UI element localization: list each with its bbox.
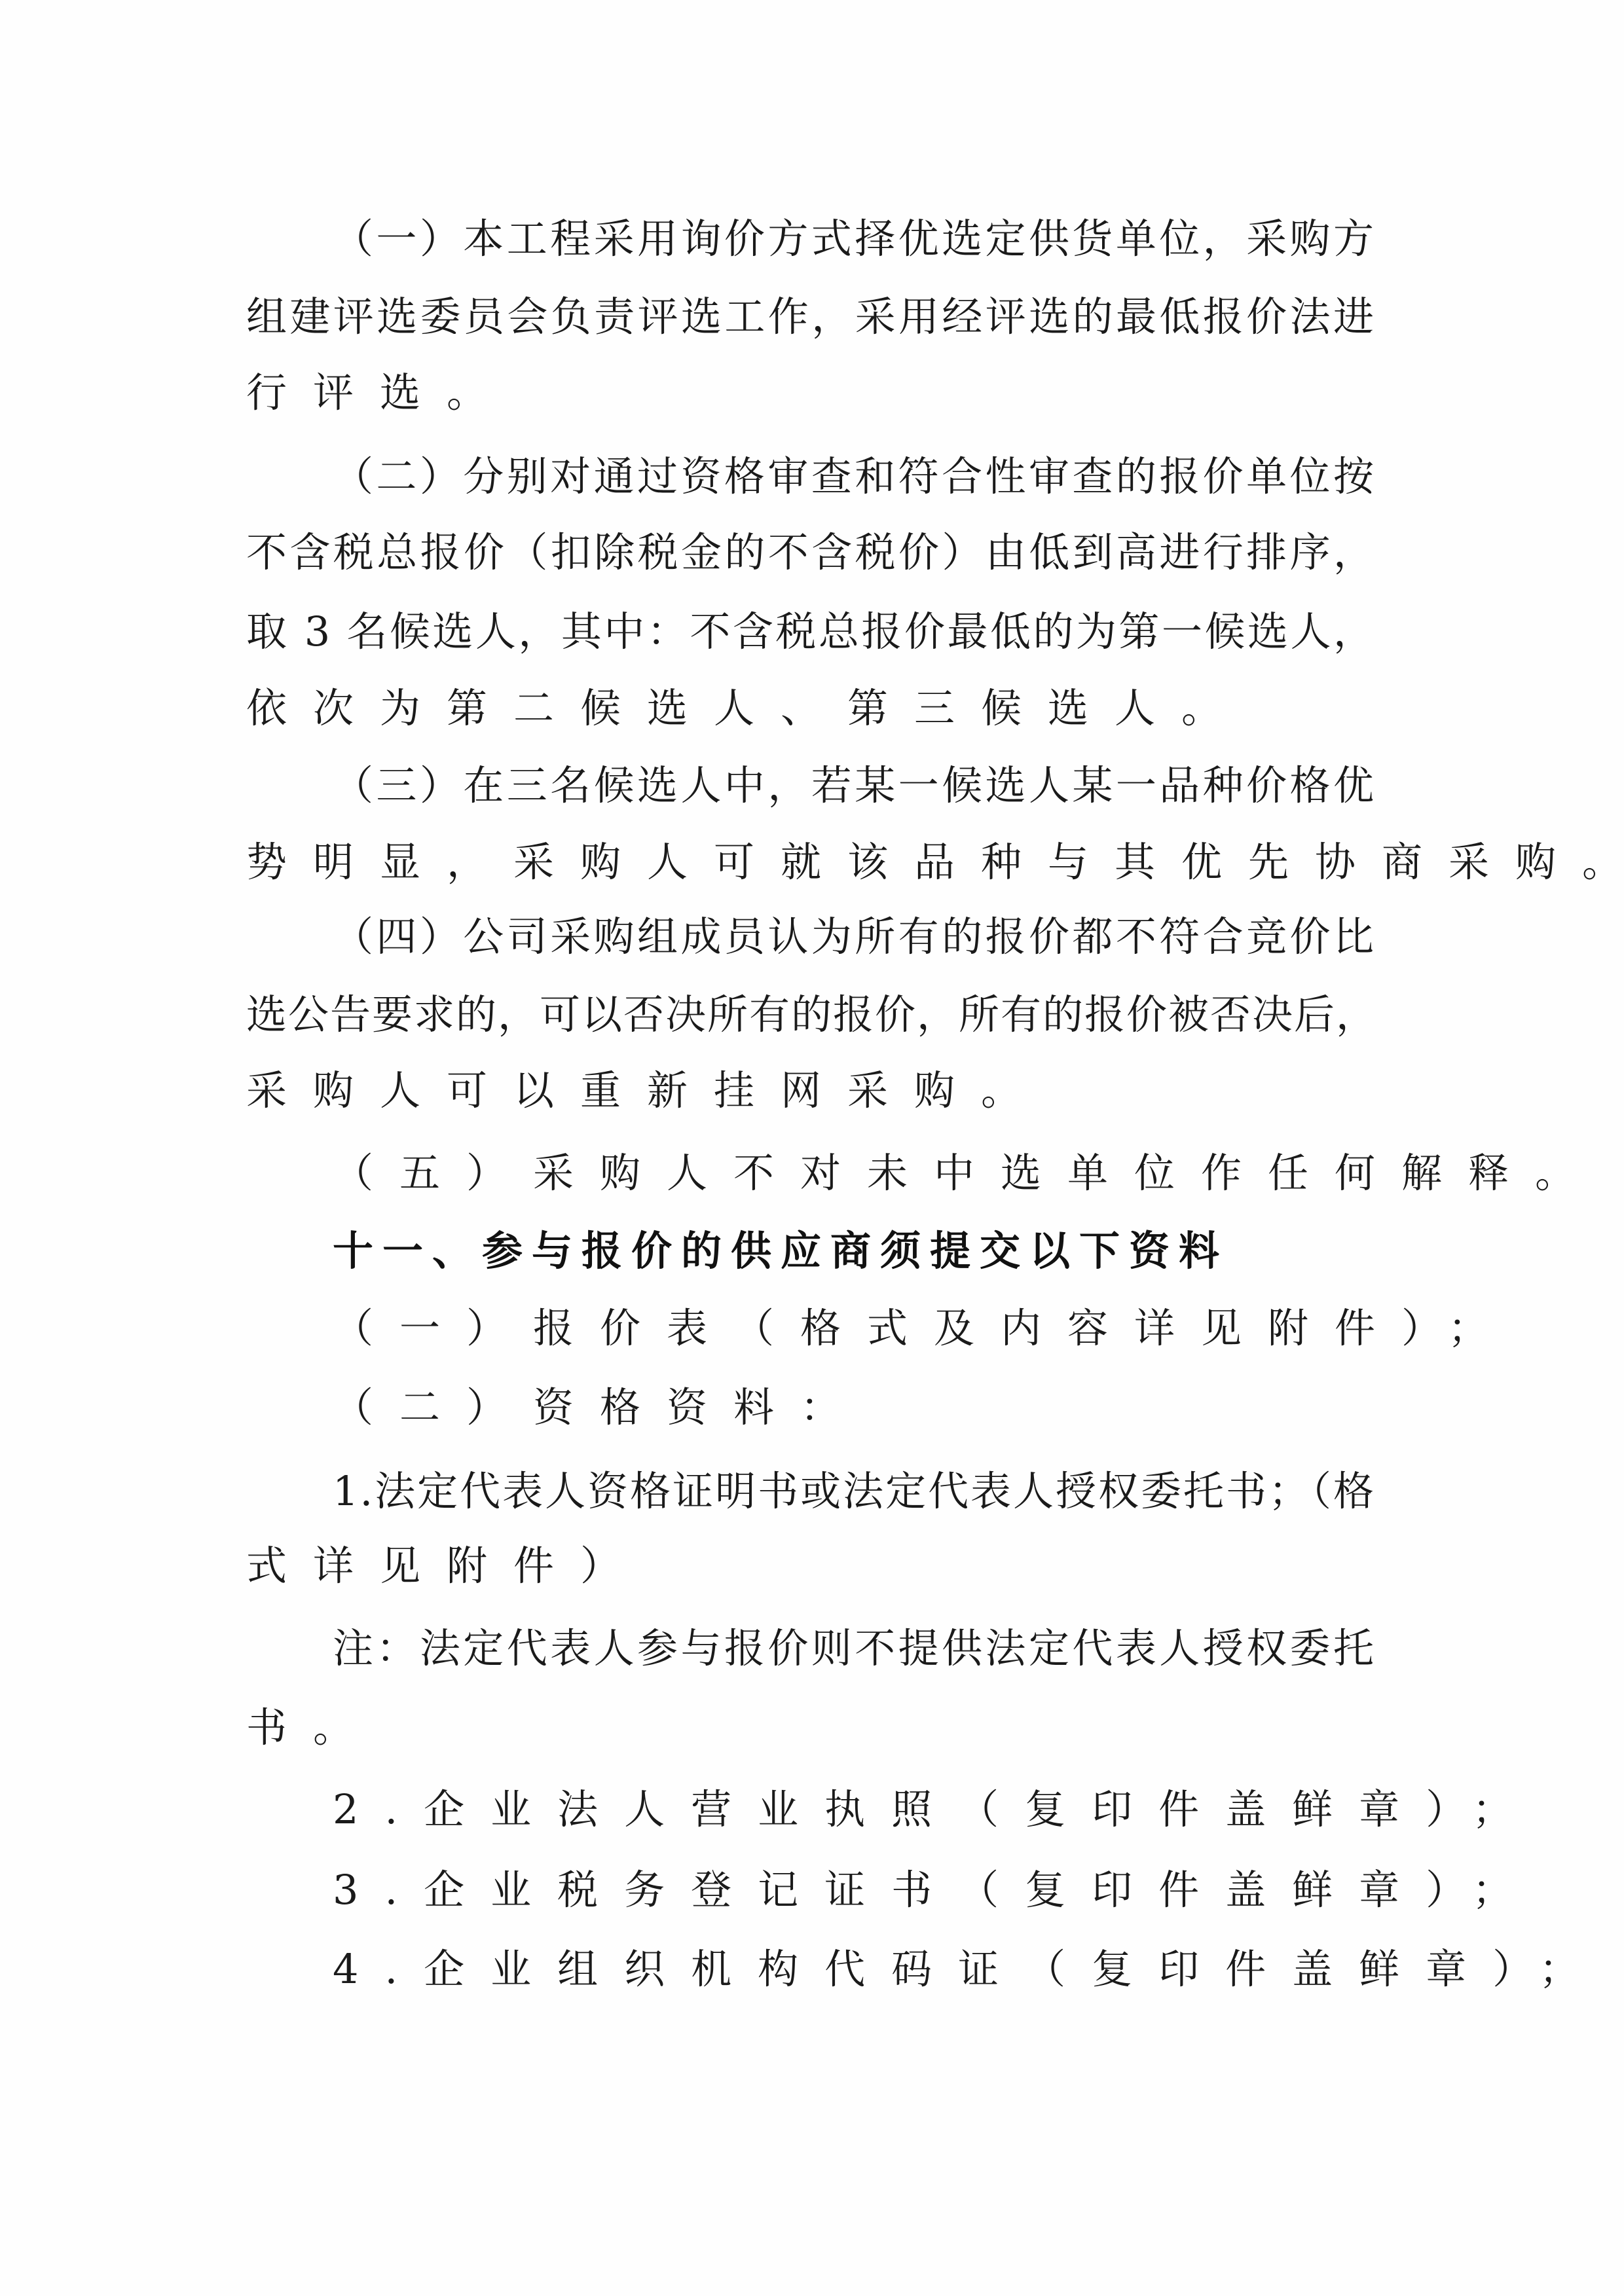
document-page: （一）本工程采用询价方式择优选定供货单位，采购方 组建评选委员会负责评选工作，采… [0, 0, 1624, 2296]
item-1-quotation-form: （一）报价表（格式及内容详见附件）； [333, 1299, 1375, 1358]
paragraph-3-line-1: （三）在三名候选人中，若某一候选人某一品种价格优 [333, 756, 1375, 815]
sub-item-1-line-2: 式详见附件） [246, 1537, 1375, 1595]
paragraph-2-line-4: 依次为第二候选人、第三候选人。 [246, 679, 1375, 738]
sub-item-4: 4.企业组织机构代码证（复印件盖鲜章）； [333, 1940, 1375, 1999]
section-heading-11: 十一、参与报价的供应商须提交以下资料 [333, 1222, 1375, 1281]
paragraph-4-line-1: （四）公司采购组成员认为所有的报价都不符合竞价比 [333, 907, 1375, 966]
item-2-qualification-docs: （二）资格资料： [333, 1378, 1375, 1437]
note-line-1: 注：法定代表人参与报价则不提供法定代表人授权委托 [333, 1619, 1375, 1678]
paragraph-2-line-1: （二）分别对通过资格审查和符合性审查的报价单位按 [333, 447, 1375, 506]
paragraph-4-line-3: 采购人可以重新挂网采购。 [246, 1061, 1375, 1120]
paragraph-1-line-2: 组建评选委员会负责评选工作，采用经评选的最低报价法进 [246, 287, 1375, 346]
note-line-2: 书。 [246, 1698, 1375, 1757]
sub-item-1-line-1: 1.法定代表人资格证明书或法定代表人授权委托书；（格 [333, 1462, 1375, 1521]
paragraph-5-line-1: （五）采购人不对未中选单位作任何解释。 [333, 1144, 1375, 1203]
paragraph-2-line-3: 取 3 名候选人，其中：不含税总报价最低的为第一候选人， [246, 602, 1375, 661]
sub-item-2: 2.企业法人营业执照（复印件盖鲜章）； [333, 1780, 1375, 1839]
paragraph-1-line-1: （一）本工程采用询价方式择优选定供货单位，采购方 [333, 210, 1375, 268]
paragraph-1-line-3: 行评选。 [246, 363, 1375, 422]
sub-item-3: 3.企业税务登记证书（复印件盖鲜章）； [333, 1861, 1375, 1920]
paragraph-4-line-2: 选公告要求的，可以否决所有的报价，所有的报价被否决后， [246, 985, 1375, 1044]
paragraph-3-line-2: 势明显，采购人可就该品种与其优先协商采购。 [246, 833, 1375, 892]
paragraph-2-line-2: 不含税总报价（扣除税金的不含税价）由低到高进行排序， [246, 523, 1375, 582]
